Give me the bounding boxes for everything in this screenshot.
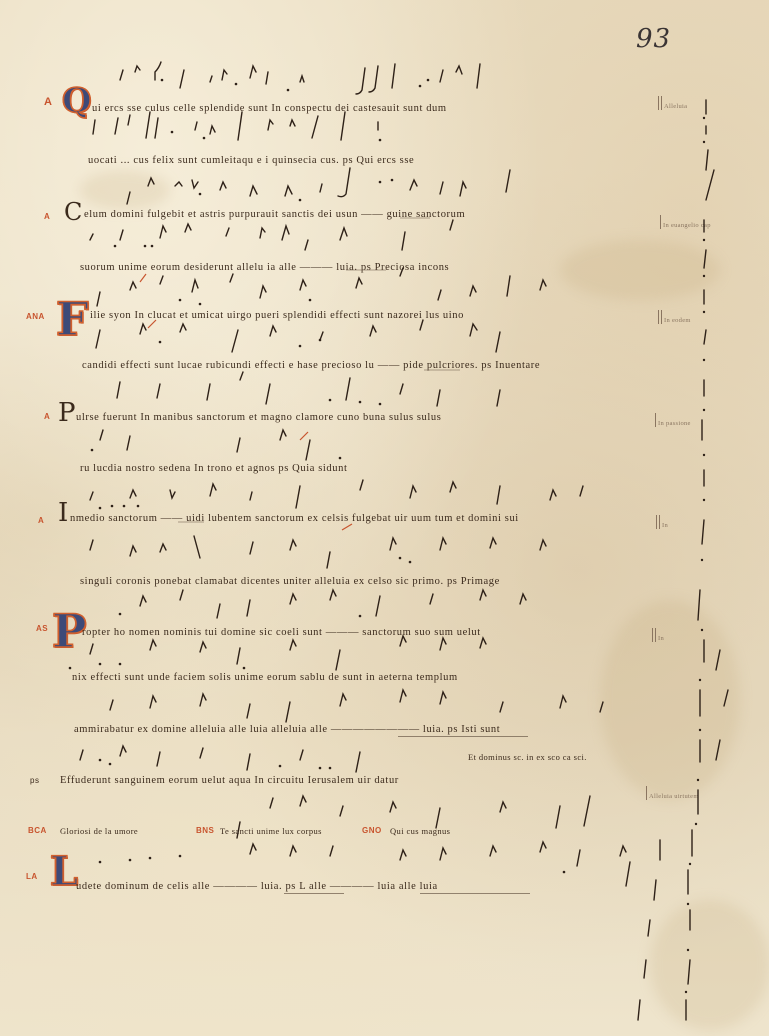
text-line: ui ercs sse culus celle splendide sunt I… bbox=[92, 103, 447, 114]
initial-i: I bbox=[58, 500, 68, 526]
text-line: suorum unime eorum desiderunt allelu ia … bbox=[80, 262, 449, 273]
cue-text: Qui cus magnus bbox=[390, 826, 450, 836]
parchment-stain bbox=[560, 240, 720, 300]
cue-text: Te sancti unime lux corpus bbox=[220, 826, 322, 836]
parchment-stain bbox=[80, 170, 170, 210]
rubric-label: AS bbox=[36, 624, 48, 633]
inline-rubric: BNS bbox=[196, 826, 214, 835]
margin-note: Alleluia bbox=[658, 96, 687, 110]
margin-note: Alleluia uirtutem bbox=[646, 786, 699, 800]
text-line: candidi effecti sunt lucae rubicundi eff… bbox=[82, 360, 540, 371]
text-line: Effuderunt sanguinem eorum uelut aqua In… bbox=[60, 775, 399, 786]
decorated-initial-f: F bbox=[56, 296, 89, 342]
initial-c: C bbox=[64, 200, 82, 224]
text-line: ammirabatur ex domine alleluia alle luia… bbox=[74, 724, 500, 735]
decorated-initial-q: Q bbox=[62, 84, 92, 118]
folio-number: 93 bbox=[636, 24, 671, 54]
rubric-label: A bbox=[44, 212, 50, 221]
text-line: ropter ho nomen nominis tui domine sic c… bbox=[82, 627, 481, 638]
rubric-label: A bbox=[38, 516, 44, 525]
text-line: udete dominum de celis alle ———— luia. p… bbox=[76, 881, 438, 892]
rubric-label: A bbox=[44, 96, 52, 108]
manuscript-page: 93 A Q ui ercs sse culus celle splendide… bbox=[0, 0, 769, 1036]
melisma-extension-line bbox=[420, 893, 530, 894]
melisma-extension-line bbox=[398, 736, 528, 737]
rubric-label: A bbox=[44, 412, 50, 421]
rubric-label: ANA bbox=[26, 312, 45, 321]
rubric-label: ps bbox=[30, 776, 39, 785]
margin-note: In passione bbox=[655, 413, 691, 427]
parchment-stain bbox=[600, 600, 740, 800]
text-line: elum domini fulgebit et astris purpuraui… bbox=[84, 209, 465, 220]
text-line: singuli coronis ponebat clamabat dicente… bbox=[80, 576, 500, 587]
melisma-extension-line bbox=[284, 893, 344, 894]
rubric-label: LA bbox=[26, 872, 38, 881]
decorated-initial-l: L bbox=[50, 852, 78, 892]
margin-note: In bbox=[656, 515, 668, 529]
text-line: ru lucdia nostro sedena In trono et agno… bbox=[80, 463, 347, 474]
margin-note: In bbox=[652, 628, 664, 642]
inline-rubric: GNO bbox=[362, 826, 382, 835]
text-line: ilie syon In clucat et umicat uirgo puer… bbox=[90, 310, 464, 321]
text-line: uocati ... cus felix sunt cumleitaqu e i… bbox=[88, 155, 414, 166]
cue-text: Et dominus sc. in ex sco ca sci. bbox=[468, 752, 587, 762]
text-line: nmedio sanctorum —— uidi lubentem sancto… bbox=[70, 513, 519, 524]
rubric-label: BCA bbox=[28, 826, 47, 835]
parchment-stain bbox=[650, 900, 769, 1030]
initial-p: P bbox=[58, 400, 76, 426]
cue-text: Gloriosi de la umore bbox=[60, 826, 138, 836]
text-line: ulrse fuerunt In manibus sanctorum et ma… bbox=[76, 412, 441, 423]
margin-note: In eodem bbox=[658, 310, 691, 324]
text-line: nix effecti sunt unde faciem solis unime… bbox=[72, 672, 458, 683]
margin-note: In euangelio cap bbox=[660, 215, 711, 229]
